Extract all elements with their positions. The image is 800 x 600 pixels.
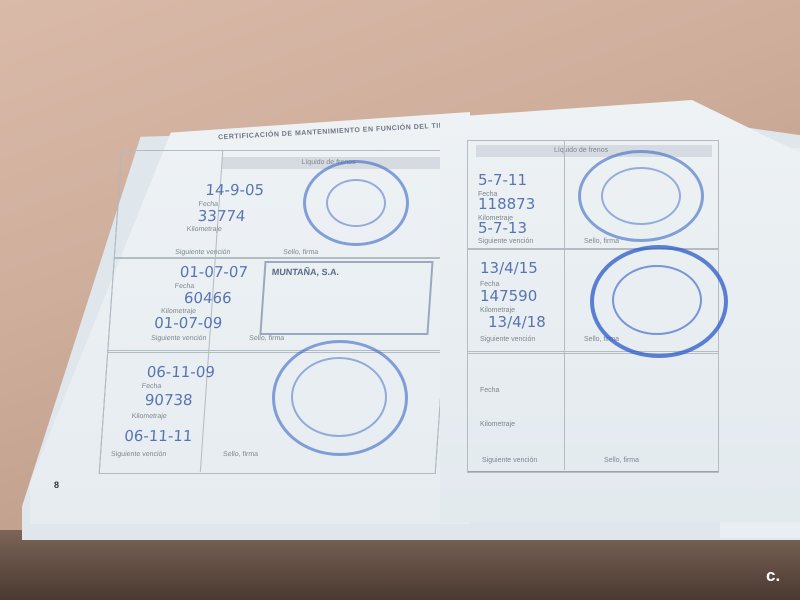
- next-label: Siguiente vención: [175, 249, 231, 256]
- stamp-inner-ring: [612, 265, 702, 335]
- next-value: 5-7-13: [478, 219, 527, 237]
- seal-label: Sello, firma: [584, 238, 619, 245]
- km-value: 118873: [478, 195, 535, 213]
- next-label: Siguiente vención: [111, 451, 167, 458]
- km-value: 60466: [183, 289, 232, 307]
- date-value: 06-11-09: [146, 363, 215, 381]
- round-stamp: [590, 245, 728, 358]
- date-value: 5-7-11: [478, 171, 527, 189]
- next-label: Siguiente vención: [482, 457, 537, 464]
- stamp-inner-ring: [326, 179, 386, 227]
- date-value: 13/4/15: [480, 259, 538, 277]
- stamp-inner-ring: [291, 357, 387, 437]
- round-stamp: [303, 160, 409, 246]
- next-label: Siguiente vención: [478, 238, 533, 245]
- entry-row: [467, 351, 719, 473]
- next-value: 13/4/18: [488, 313, 546, 331]
- km-label: Kilometraje: [131, 413, 167, 420]
- date-value: 14-9-05: [205, 181, 265, 199]
- date-label: Fecha: [142, 383, 162, 390]
- page-number: 8: [54, 480, 59, 490]
- round-stamp: [272, 340, 408, 456]
- logbook: CERTIFICACIÓN CERTIFICACIÓN DE MANTENIMI…: [0, 0, 800, 600]
- seal-label: Sello, firma: [283, 249, 319, 256]
- km-label: Kilometraje: [187, 226, 223, 233]
- seal-label: Sello, firma: [223, 451, 259, 458]
- watermark: c.: [766, 566, 780, 586]
- date-label: Fecha: [480, 387, 499, 394]
- date-value: 01-07-07: [179, 263, 248, 281]
- rectangular-stamp: MUNTAÑA, S.A.: [259, 261, 433, 335]
- km-value: 90738: [144, 391, 193, 409]
- next-label: Siguiente vención: [480, 336, 535, 343]
- next-value: 01-07-09: [154, 314, 223, 332]
- round-stamp-with-signature: [578, 150, 704, 242]
- seal-label: Sello, firma: [249, 335, 285, 342]
- stamp-company: MUNTAÑA, S.A.: [271, 267, 339, 277]
- next-value: 06-11-11: [124, 427, 193, 445]
- seal-label: Sello, firma: [604, 457, 639, 464]
- km-label: Kilometraje: [480, 421, 515, 428]
- stamp-inner-ring: [601, 167, 681, 225]
- km-value: 33774: [197, 207, 246, 225]
- km-value: 147590: [480, 287, 537, 305]
- next-label: Siguiente vención: [151, 335, 207, 342]
